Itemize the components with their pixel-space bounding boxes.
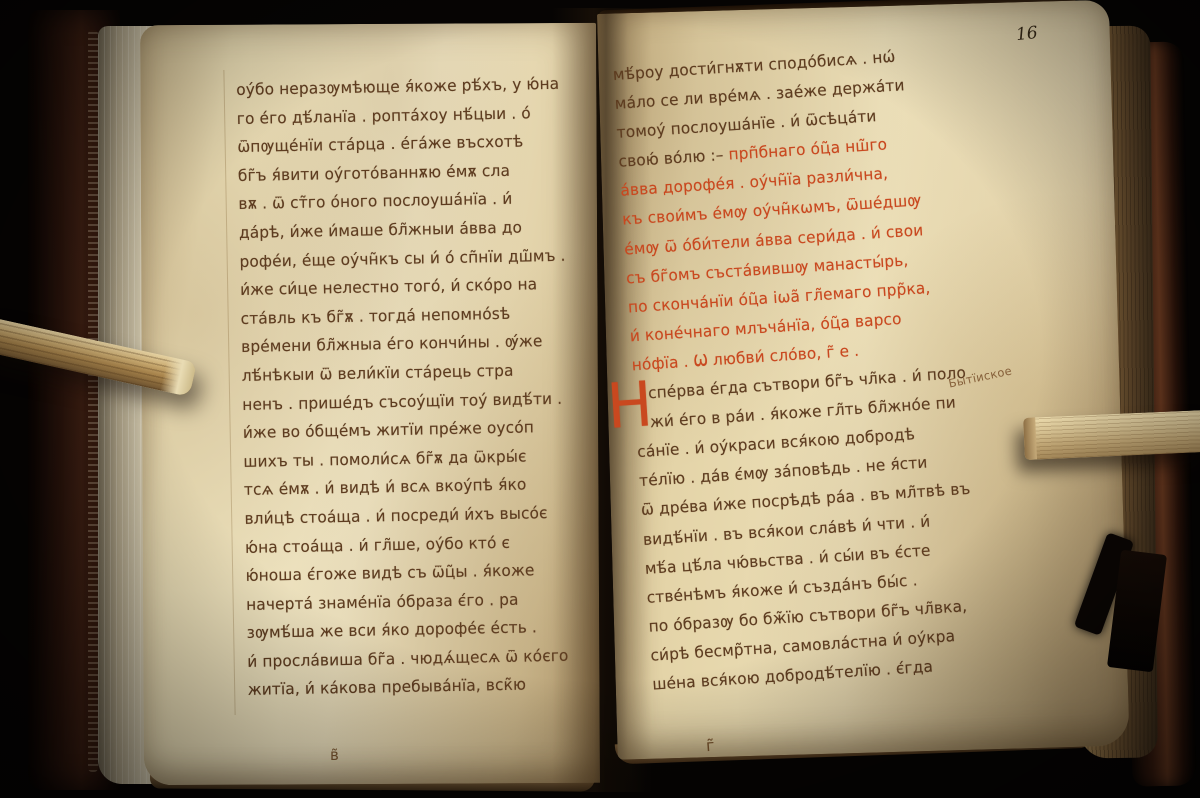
text-run-ink: ю́на стоа́ща . и́ гл̃ше, оу́бо кто́ є: [245, 532, 510, 556]
manuscript-photo: оу́бо неразѹмѣюще я́коже рѣ́хъ, у ю́наго…: [0, 0, 1200, 798]
text-run-ink: го е́го дѣ́ланїа . ропта́хоу нѣ́цыи . о́: [237, 103, 531, 128]
text-run-ink: шихъ ты . помоли́сѧ бг̃ѫ да ѿкры́є: [243, 446, 527, 470]
text-run-ink: вре́мени бл̃жныа е́го кончи́ны . ѹ́же: [241, 332, 543, 357]
quire-mark-right: г̃: [705, 736, 715, 756]
quire-mark-left: в̃: [330, 746, 339, 764]
text-run-ink: ненъ . прише́дъ съсоу́щїи тоу́ видѣ́ти .: [242, 388, 562, 413]
text-run-ink: и́же во о́бще́мъ житїи пре́же оусо́п: [243, 417, 534, 442]
text-run-ink: тсѧ е́мѫ . и́ видѣ и́ всѧ вкоу́пѣ я́ко: [244, 475, 527, 499]
text-run-ink: оу́бо неразѹмѣюще я́коже рѣ́хъ, у ю́на: [236, 74, 559, 99]
wooden-slat-right: [1023, 410, 1200, 460]
right-page-lines: мѣ́роу дости́гнѫти сподо́бисѧ . нѡ́ма́ло…: [612, 36, 1025, 699]
text-run-ink: и́же си́це нелестно того́, и́ ско́ро на: [240, 274, 537, 299]
text-run-ink: рофе́и, е́ще оу́чн̃къ сы и́ о́ сп̃нїи дш…: [239, 245, 565, 270]
text-run-ink: лѣ́нѣкыи ѿ вели́кїи ста́рець стра: [242, 361, 514, 385]
text-run-ink: начерта́ знаме́нїа о́браза є́го . ра: [246, 589, 519, 613]
folio-number: 16: [1015, 23, 1039, 45]
text-run-ink: ста́вль къ бг̃ѫ . тогда́ непомно́ѕѣ: [240, 304, 510, 328]
text-run-ink: зѹмѣ́ша же вси я́ко дорофе́є е́сть .: [247, 618, 538, 643]
left-cover-edge-trim: [88, 30, 98, 772]
text-run-ink: ю́ноша є́гоже видѣ съ ѿц̃ы . я́коже: [245, 560, 534, 585]
text-run-ink: да́рѣ, и́же и́маше бл̃жныи а́вва до: [239, 218, 522, 242]
text-run-ink: вѫ . ѿ ст̃го о́ного послоуша́нїа . и́: [238, 189, 512, 213]
text-run-ink: житїа, и́ ка́кова пребыва́нїа, вск̃ю: [248, 675, 527, 699]
text-run-ink: и́ просла́виша бг̃а . чюдѧ́щесѧ ѿ ко́єго: [247, 646, 569, 671]
left-page-text: оу́бо неразѹмѣюще я́коже рѣ́хъ, у ю́наго…: [236, 69, 595, 705]
text-run-ink: вли́цѣ стоа́ща . и́ посреди́ и́хъ высо́є: [244, 503, 547, 528]
right-page-text: Н мѣ́роу дости́гнѫти сподо́бисѧ . нѡ́ма́…: [612, 36, 1025, 699]
text-run-ink: свою́ во́лю :–: [618, 145, 724, 171]
text-run-ink: бг̃ъ я́вити оу́гото́ваннѫю е́мѫ сла: [238, 161, 510, 185]
text-run-ink: ѿпѹще́нїи ста́рца . е́га́же въсхотѣ: [237, 132, 523, 156]
